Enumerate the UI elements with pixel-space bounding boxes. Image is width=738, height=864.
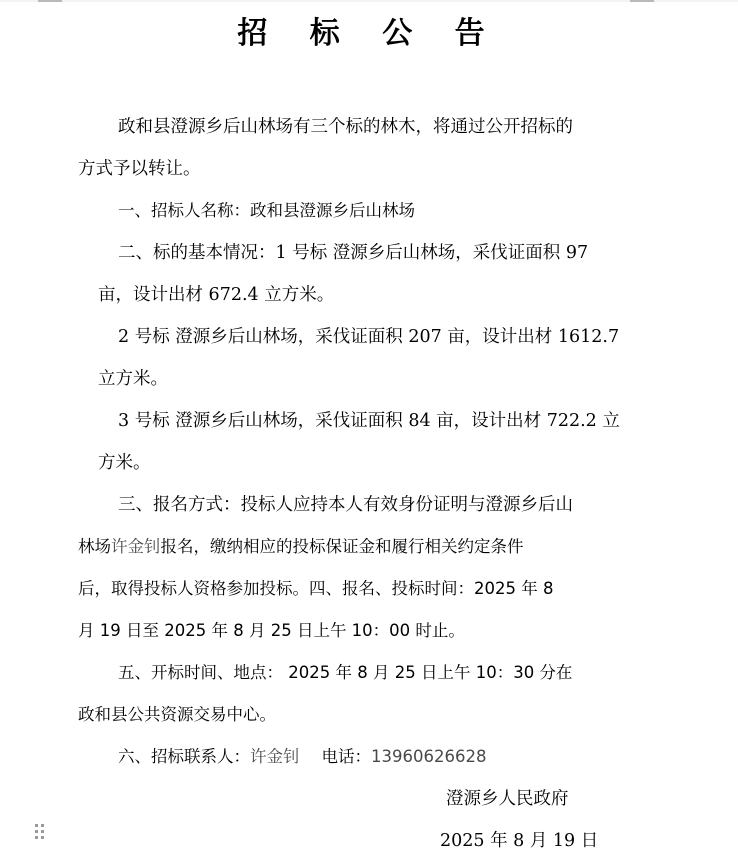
para-lot-2b: 立方米。 — [98, 365, 168, 393]
right-margin-marker — [630, 0, 654, 2]
document-title: 招 标 公 告 — [0, 12, 738, 56]
para-opening-1: 五、开标时间、地点： 2025 年 8 月 25 日上午 10：30 分在 — [118, 659, 572, 687]
contact-label: 六、招标联系人： — [118, 747, 250, 766]
signature-org: 澄源乡人民政府 — [446, 785, 569, 813]
para-intro-2: 方式予以转让。 — [78, 155, 201, 183]
registration-text-a: 林场 — [78, 537, 111, 556]
contact-phone-label: 电话： — [322, 747, 372, 766]
para-lot-1a: 二、标的基本情况：1 号标 澄源乡后山林场，采伐证面积 97 — [118, 239, 588, 267]
left-margin-marker — [38, 0, 62, 2]
registration-text-b: 报名，缴纳相应的投标保证金和履行相关约定条件 — [161, 537, 524, 556]
contact-phone: 13960626628 — [371, 747, 486, 766]
para-registration-4: 月 19 日至 2025 年 8 月 25 日上午 10：00 时止。 — [78, 617, 465, 645]
signature-date: 2025 年 8 月 19 日 — [440, 827, 598, 855]
para-lot-1b: 亩，设计出材 672.4 立方米。 — [98, 281, 334, 309]
registration-contact-name: 许金钊 — [111, 537, 161, 556]
drag-handle-icon[interactable] — [35, 824, 45, 840]
para-registration-1: 三、报名方式：投标人应持本人有效身份证明与澄源乡后山 — [118, 491, 573, 519]
contact-name: 许金钊 — [250, 747, 300, 766]
para-intro-1: 政和县澄源乡后山林场有三个标的林木，将通过公开招标的 — [118, 113, 573, 141]
para-lot-2a: 2 号标 澄源乡后山林场，采伐证面积 207 亩，设计出材 1612.7 — [118, 323, 619, 351]
para-lot-3a: 3 号标 澄源乡后山林场，采伐证面积 84 亩，设计出材 722.2 立 — [118, 407, 620, 435]
ruler-bar — [0, 0, 738, 2]
para-lot-3b: 方米。 — [98, 449, 151, 477]
para-tenderer: 一、招标人名称：政和县澄源乡后山林场 — [118, 197, 415, 225]
para-registration-3: 后，取得投标人资格参加投标。四、报名、投标时间：2025 年 8 — [78, 575, 553, 603]
para-contact: 六、招标联系人：许金钊电话：13960626628 — [118, 743, 486, 771]
para-opening-2: 政和县公共资源交易中心。 — [78, 701, 276, 729]
para-registration-2: 林场许金钊报名，缴纳相应的投标保证金和履行相关约定条件 — [78, 533, 524, 561]
